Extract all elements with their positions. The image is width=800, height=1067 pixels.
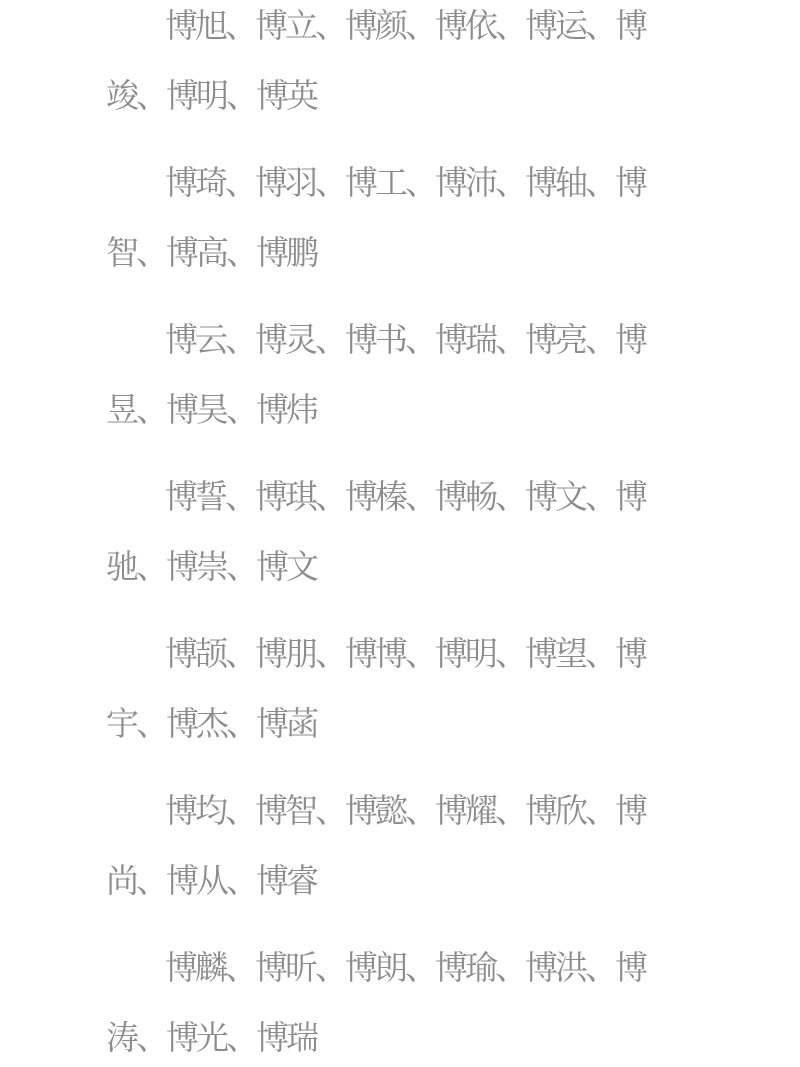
name-line: 博旭、博立、博颜、博依、博运、博 [106,0,760,61]
name-line: 博麟、博昕、博朗、博瑜、博洪、博 [106,933,760,1003]
name-group: 博誓、博琪、博榛、博畅、博文、博 驰、博崇、博文 [106,462,760,602]
name-line: 博颉、博朋、博博、博明、博望、博 [106,619,760,689]
name-line: 博云、博灵、博书、博瑞、博亮、博 [106,305,760,375]
name-line: 昱、博昊、博炜 [106,375,760,445]
name-line: 驰、博崇、博文 [106,532,760,602]
name-line: 竣、博明、博英 [106,61,760,131]
name-line: 博均、博智、博懿、博耀、博欣、博 [106,776,760,846]
name-line: 博琦、博羽、博工、博沛、博轴、博 [106,148,760,218]
name-group: 博麟、博昕、博朗、博瑜、博洪、博 涛、博光、博瑞 [106,933,760,1067]
name-line: 博誓、博琪、博榛、博畅、博文、博 [106,462,760,532]
name-group: 博云、博灵、博书、博瑞、博亮、博 昱、博昊、博炜 [106,305,760,445]
name-group: 博旭、博立、博颜、博依、博运、博 竣、博明、博英 [106,0,760,131]
name-line: 宇、博杰、博菡 [106,689,760,759]
name-group: 博均、博智、博懿、博耀、博欣、博 尚、博从、博睿 [106,776,760,916]
name-list-page: 博旭、博立、博颜、博依、博运、博 竣、博明、博英 博琦、博羽、博工、博沛、博轴、… [0,0,800,1067]
name-line: 涛、博光、博瑞 [106,1003,760,1067]
name-line: 智、博高、博鹏 [106,218,760,288]
name-group: 博琦、博羽、博工、博沛、博轴、博 智、博高、博鹏 [106,148,760,288]
name-group: 博颉、博朋、博博、博明、博望、博 宇、博杰、博菡 [106,619,760,759]
name-line: 尚、博从、博睿 [106,846,760,916]
